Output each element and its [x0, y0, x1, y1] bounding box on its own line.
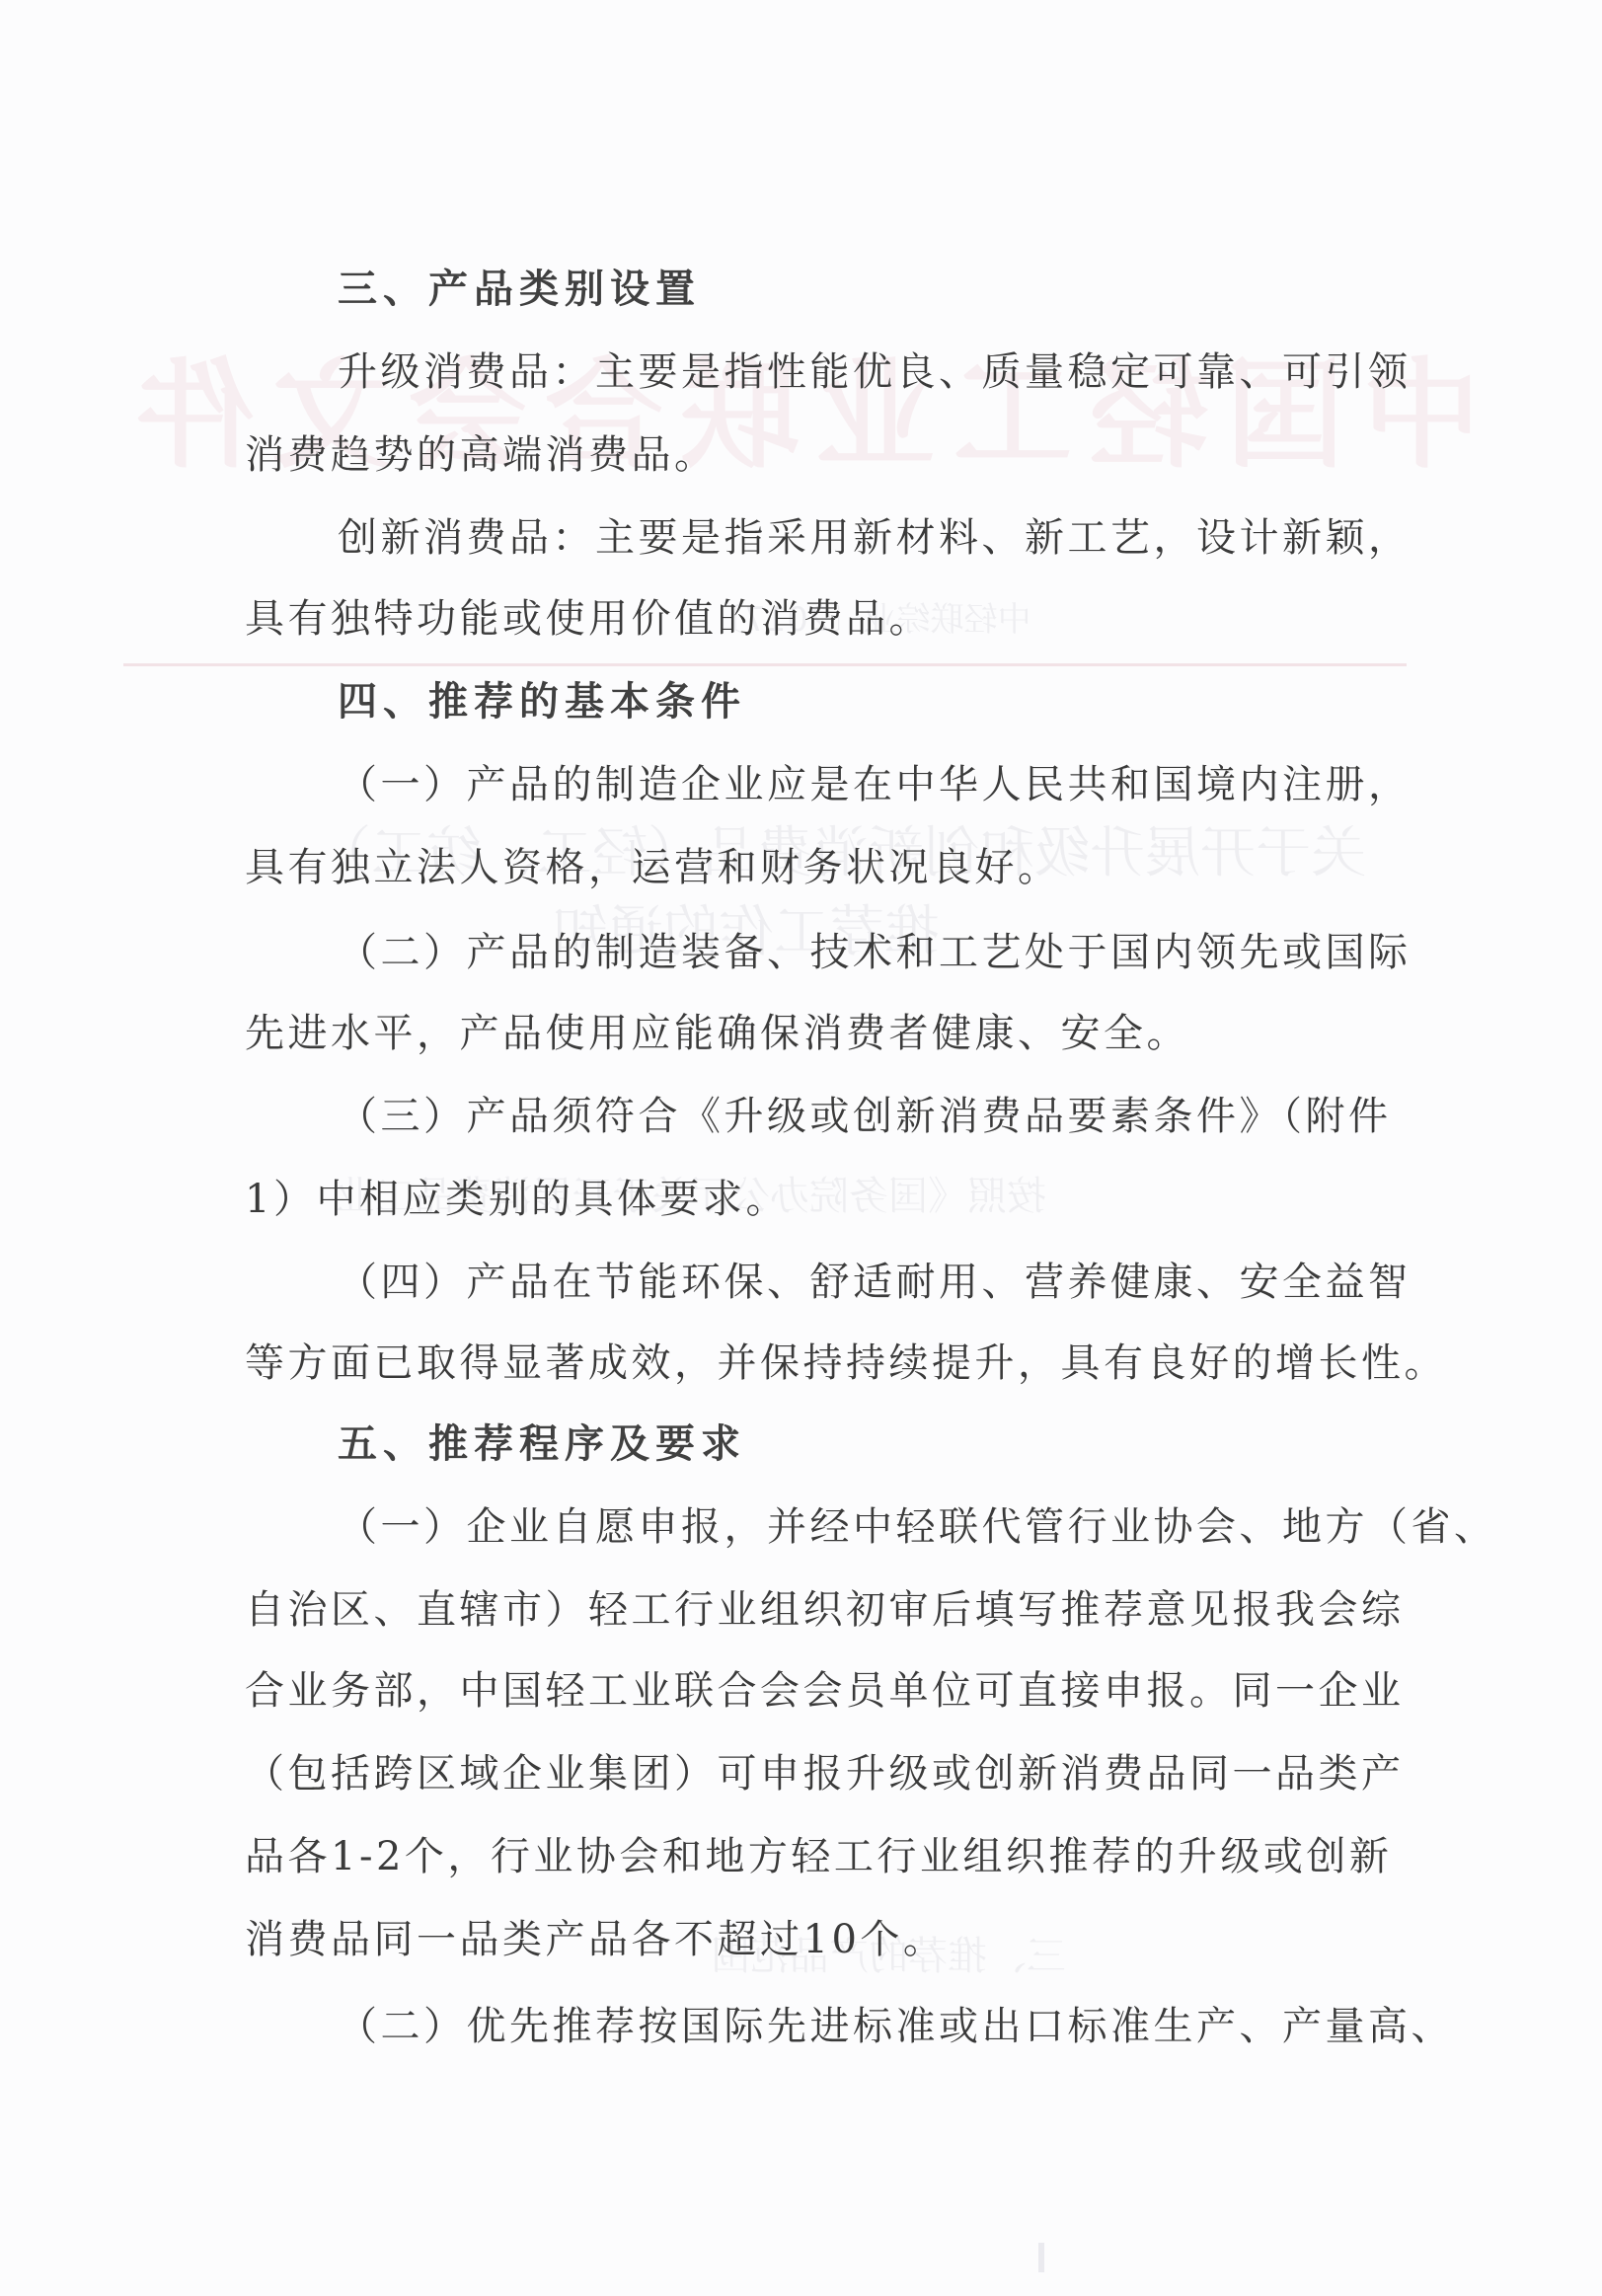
paragraph-line: （一）企业自愿申报，并经中轻联代管行业协会、地方（省、 [338, 1502, 1522, 1552]
paragraph-line: 等方面已取得显著成效，并保持持续提升，具有良好的增长性。 [245, 1339, 1429, 1388]
scan-artifact [1038, 2243, 1044, 2272]
paragraph-line: （三）产品须符合《升级或创新消费品要素条件》（附件 [338, 1092, 1522, 1141]
paragraph-line: 先进水平，产品使用应能确保消费者健康、安全。 [245, 1009, 1429, 1058]
bleed-through-divider [123, 663, 1407, 666]
section-heading-4: 四、推荐的基本条件 [338, 677, 1522, 727]
paragraph-line: （二）优先推荐按国际先进标准或出口标准生产、产量高、 [338, 2002, 1522, 2051]
paragraph-line: 具有独特功能或使用价值的消费品。 [245, 594, 1429, 644]
paragraph-line: 消费趋势的高端消费品。 [245, 430, 1429, 480]
paragraph-line: 1）中相应类别的具体要求。 [245, 1175, 1429, 1224]
paragraph-line: （四）产品在节能环保、舒适耐用、营养健康、安全益智 [338, 1258, 1522, 1307]
paragraph-line: （二）产品的制造装备、技术和工艺处于国内领先或国际 [338, 928, 1522, 977]
paragraph-line: 具有独立法人资格，运营和财务状况良好。 [245, 843, 1429, 892]
section-heading-3: 三、产品类别设置 [338, 265, 1522, 314]
paragraph-line: 消费品同一品类产品各不超过10个。 [245, 1915, 1429, 1964]
paragraph-line: （包括跨区域企业集团）可申报升级或创新消费品同一品类产 [245, 1749, 1429, 1799]
section-heading-5: 五、推荐程序及要求 [338, 1419, 1522, 1469]
paragraph-line: 升级消费品：主要是指性能优良、质量稳定可靠、可引领 [338, 347, 1522, 397]
document-page: 中国轻工业联合会文件 中轻联综业〔2017〕 关于开展升级和创新消费品（轻工、纺… [0, 0, 1602, 2296]
paragraph-line: （一）产品的制造企业应是在中华人民共和国境内注册， [338, 760, 1522, 809]
paragraph-line: 合业务部，中国轻工业联合会会员单位可直接申报。同一企业 [245, 1666, 1429, 1716]
paragraph-line: 创新消费品：主要是指采用新材料、新工艺，设计新颖， [338, 513, 1522, 563]
paragraph-line: 自治区、直辖市）轻工行业组织初审后填写推荐意见报我会综 [245, 1585, 1429, 1635]
paragraph-line: 品各1-2个，行业协会和地方轻工行业组织推荐的升级或创新 [245, 1832, 1429, 1881]
